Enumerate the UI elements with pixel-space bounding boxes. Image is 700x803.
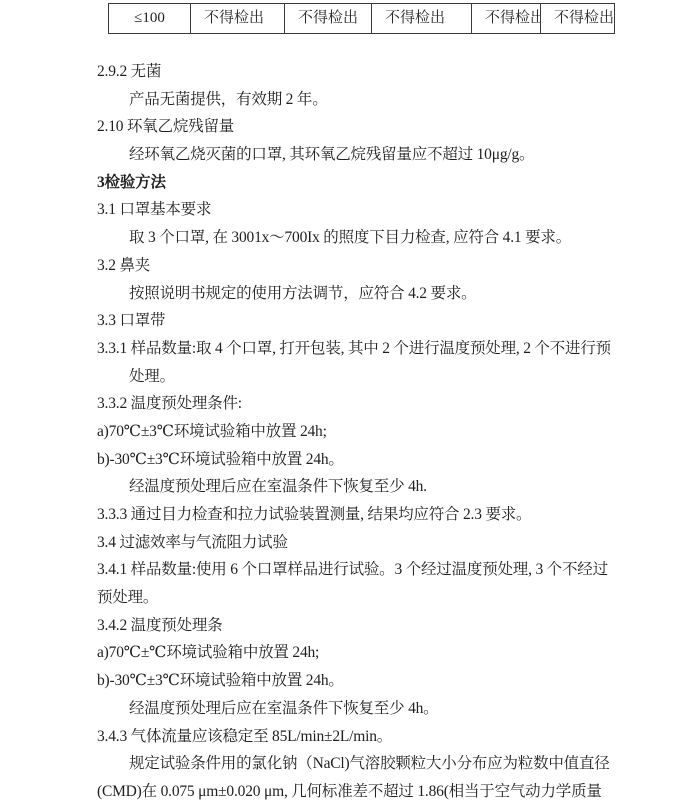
list-item-a: a)70℃±℃环境试验箱中放置 24h; bbox=[97, 639, 677, 667]
body-text: 按照说明书规定的使用方法调节，应符合 4.2 要求。 bbox=[97, 280, 677, 308]
body-text: 取 3 个口罩, 在 3001x～700Ix 的照度下目力检查, 应符合 4.1… bbox=[97, 224, 677, 252]
section-heading-3-4: 3.4 过滤效率与气流阻力试验 bbox=[97, 529, 677, 557]
section-heading-2-9-2: 2.9.2 无菌 bbox=[97, 58, 677, 86]
section-heading-3-4-2: 3.4.2 温度预处理条 bbox=[97, 612, 677, 640]
body-text: 经环氧乙烧灭菌的口罩, 其环氧乙烷残留量应不超过 10μg/g。 bbox=[97, 141, 677, 169]
section-heading-2-10: 2.10 环氧乙烷残留量 bbox=[97, 113, 677, 141]
limit-cell-result-4: 不得检出 bbox=[472, 4, 541, 33]
section-heading-3-3-1: 3.3.1 样品数量:取 4 个口罩, 打开包装, 其中 2 个进行温度预处理,… bbox=[97, 335, 677, 363]
limit-cell-result-1: 不得检出 bbox=[191, 4, 285, 33]
body-text: 产品无菌提供，有效期 2 年。 bbox=[97, 86, 677, 114]
document-body: 2.9.2 无菌 产品无菌提供，有效期 2 年。 2.10 环氧乙烷残留量 经环… bbox=[97, 58, 677, 803]
limit-cell-result-5: 不得检出 bbox=[541, 4, 614, 33]
body-text: 经温度预处理后应在室温条件下恢复至少 4h. bbox=[97, 473, 677, 501]
section-heading-3-2: 3.2 鼻夹 bbox=[97, 252, 677, 280]
limit-cell-result-2: 不得检出 bbox=[285, 4, 372, 33]
body-text: 预处理。 bbox=[97, 584, 677, 612]
section-heading-3-3-3: 3.3.3 通过目力检查和拉力试验装置测量, 结果均应符合 2.3 要求。 bbox=[97, 501, 677, 529]
section-heading-3-3-2: 3.3.2 温度预处理条件: bbox=[97, 390, 677, 418]
body-text: 处理。 bbox=[97, 363, 677, 391]
limit-cell-threshold: ≤100 bbox=[109, 4, 191, 33]
list-item-a: a)70℃±3℃环境试验箱中放置 24h; bbox=[97, 418, 677, 446]
body-text: 经温度预处理后应在室温条件下恢复至少 4h。 bbox=[97, 695, 677, 723]
section-heading-3-1: 3.1 口罩基本要求 bbox=[97, 196, 677, 224]
list-item-b: b)-30℃±3℃环境试验箱中放置 24h。 bbox=[97, 446, 677, 474]
body-text: (CMD)在 0.075 μm±0.020 μm, 几何标准差不超过 1.86(… bbox=[97, 778, 677, 803]
list-item-b: b)-30℃±3℃环境试验箱中放置 24h。 bbox=[97, 667, 677, 695]
section-heading-3-4-3: 3.4.3 气体流量应该稳定至 85L/min±2L/min。 bbox=[97, 723, 677, 751]
body-text: 规定试验条件用的氯化钠（NaCl)气溶胶颗粒大小分布应为粒数中值直径 bbox=[97, 750, 677, 778]
section-heading-3-4-1: 3.4.1 样品数量:使用 6 个口罩样品进行试验。3 个经过温度预处理, 3 … bbox=[97, 556, 677, 584]
document-page: ≤100 不得检出 不得检出 不得检出 不得检出 不得检出 2.9.2 无菌 产… bbox=[0, 0, 700, 803]
section-heading-3-3: 3.3 口罩带 bbox=[97, 307, 677, 335]
limit-cell-result-3: 不得检出 bbox=[372, 4, 472, 33]
test-limit-table: ≤100 不得检出 不得检出 不得检出 不得检出 不得检出 bbox=[108, 3, 615, 34]
chapter-heading-3: 3检验方法 bbox=[97, 169, 677, 197]
